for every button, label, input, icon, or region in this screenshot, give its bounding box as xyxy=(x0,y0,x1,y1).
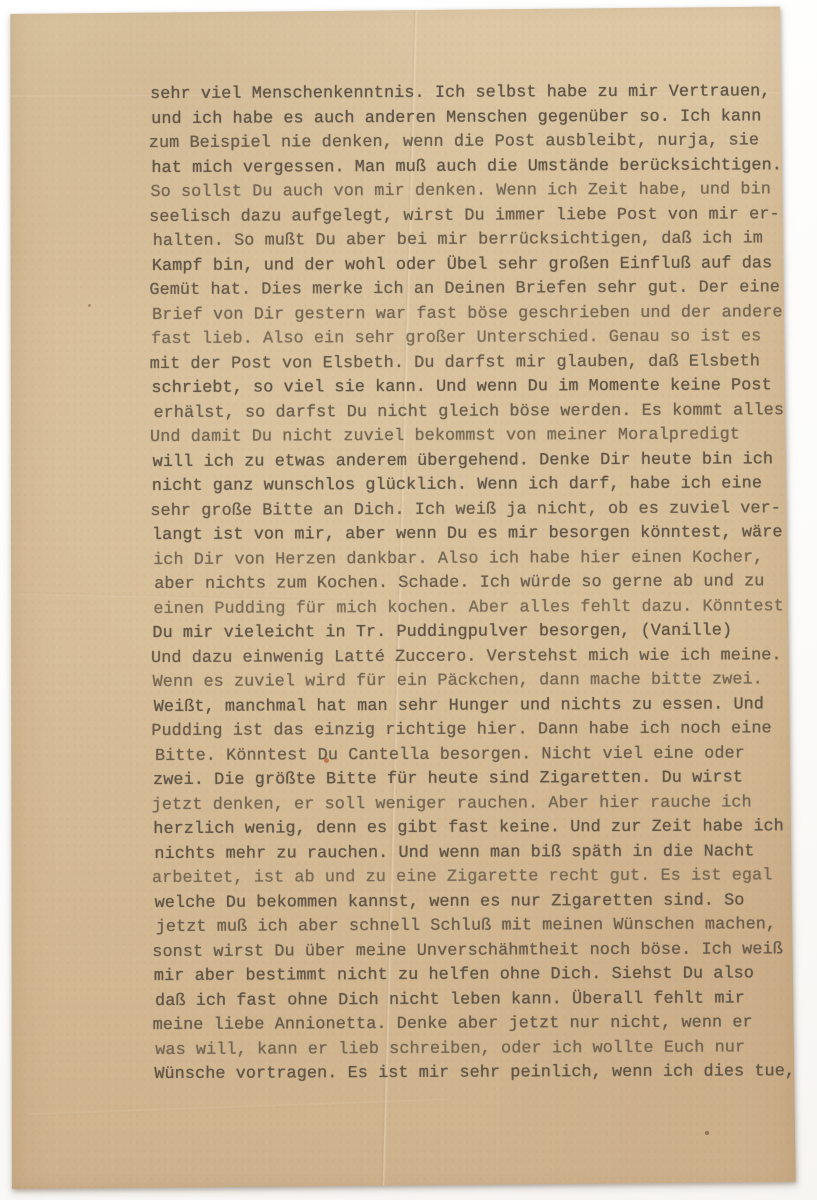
letter-line: halten. So mußt Du aber bei mir berrücks… xyxy=(153,227,813,254)
letter-line: zum Beispiel nie denken, wenn die Post a… xyxy=(149,129,809,156)
letter-line: sonst wirst Du über meine Unverschähmthe… xyxy=(152,938,812,965)
letter-line: hat mich vergessen. Man muß auch die Ums… xyxy=(151,154,811,181)
letter-line: welche Du bekommen kannst, wenn es nur Z… xyxy=(155,889,815,916)
letter-line: fast lieb. Also ein sehr großer Untersch… xyxy=(151,325,811,352)
letter-line: jetzt muß ich aber schnell Schluß mit me… xyxy=(156,913,816,940)
letter-line: Gemüt hat. Dies merke ich an Deinen Brie… xyxy=(149,276,809,303)
letter-line: So sollst Du auch von mir denken. Wenn i… xyxy=(150,178,810,205)
letter-line: ich Dir von Herzen dankbar. Also ich hab… xyxy=(153,546,813,573)
letter-line: Wenn es zuviel wird für ein Päckchen, da… xyxy=(153,668,813,695)
letter-line: mir aber bestimmt nicht zu helfen ohne D… xyxy=(154,962,814,989)
letter-line: daß ich fast ohne Dich nicht leben kann.… xyxy=(155,987,815,1014)
letter-line: meine liebe Annionetta. Denke aber jetzt… xyxy=(153,1011,813,1038)
paper-speck xyxy=(88,304,91,307)
letter-line: und ich habe es auch anderen Menschen ge… xyxy=(151,105,811,132)
letter-line: Weißt, manchmal hat man sehr Hunger und … xyxy=(154,693,814,720)
letter-line: Wünsche vortragen. Es ist mir sehr peinl… xyxy=(154,1060,814,1087)
letter-line: seelisch dazu aufgelegt, wirst Du immer … xyxy=(149,203,809,230)
letter-body: sehr viel Menschenkenntnis. Ich selbst h… xyxy=(150,80,814,1087)
letter-line: jetzt denken, er soll weniger rauchen. A… xyxy=(152,791,812,818)
letter-line: sehr große Bitte an Dich. Ich weiß ja ni… xyxy=(150,497,810,524)
letter-line: Du mir vieleicht in Tr. Puddingpulver be… xyxy=(152,619,812,646)
letter-line: einen Pudding für mich kochen. Aber alle… xyxy=(153,595,813,622)
letter-line: mit der Post von Elsbeth. Du darfst mir … xyxy=(150,350,810,377)
letter-line: Bitte. Könntest Du Cantella besorgen. Ni… xyxy=(155,742,815,769)
letter-line: langt ist von mir, aber wenn Du es mir b… xyxy=(152,521,812,548)
letter-line: was will, kann er lieb schreiben, oder i… xyxy=(155,1036,815,1063)
letter-line: arbeitet, ist ab und zu eine Zigarette r… xyxy=(152,864,812,891)
bottom-wrinkle-crease xyxy=(28,1099,448,1117)
scanned-letter-page: sehr viel Menschenkenntnis. Ich selbst h… xyxy=(0,0,817,1200)
letter-line: nichts mehr zu rauchen. Und wenn man biß… xyxy=(154,840,814,867)
letter-line: will ich zu etwas anderem übergehend. De… xyxy=(153,448,813,475)
letter-line: Pudding ist das einzig richtige hier. Da… xyxy=(151,717,811,744)
letter-line: Und dazu einwenig Latté Zuccero. Versteh… xyxy=(151,644,811,671)
letter-line: Kampf bin, und der wohl oder Übel sehr g… xyxy=(152,252,812,279)
paper-speck xyxy=(705,1131,709,1135)
paper-sheet: sehr viel Menschenkenntnis. Ich selbst h… xyxy=(8,4,798,1190)
letter-line: herzlich wenig, denn es gibt fast keine.… xyxy=(153,815,813,842)
letter-line: sehr viel Menschenkenntnis. Ich selbst h… xyxy=(150,80,810,107)
letter-line: aber nichts zum Kochen. Schade. Ich würd… xyxy=(154,570,814,597)
letter-line: Brief von Dir gestern war fast böse gesc… xyxy=(152,301,812,328)
letter-line: zwei. Die größte Bitte für heute sind Zi… xyxy=(153,766,813,793)
letter-line: Und damit Du nicht zuviel bekommst von m… xyxy=(150,423,810,450)
letter-line: erhälst, so darfst Du nicht gleich böse … xyxy=(153,399,813,426)
paper-sheet-wrapper: sehr viel Menschenkenntnis. Ich selbst h… xyxy=(8,4,798,1190)
letter-line: nicht ganz wunschlos glücklich. Wenn ich… xyxy=(152,472,812,499)
letter-line: schriebt, so viel sie kann. Und wenn Du … xyxy=(151,374,811,401)
